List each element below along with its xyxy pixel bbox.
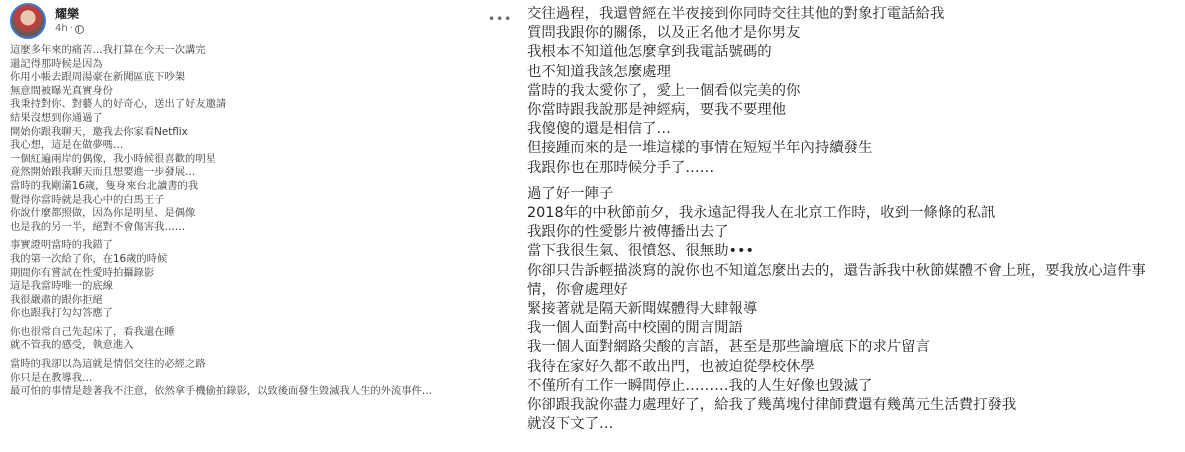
text-line: 我一個人面對網路尖酸的言語，甚至是那些論壇底下的求片留言 [527, 338, 1185, 357]
paragraph: 這麼多年來的痛苦…我打算在今天一次講完 還記得那時候是因為 你用小帳去跟周湯豪在… [10, 44, 510, 234]
text-line: 你說什麼都照做，因為你是明星、是偶像 [10, 207, 510, 221]
text-line: 不僅所有工作一瞬間停止………我的人生好像也毀滅了 [527, 377, 1185, 396]
text-line: 結果沒想到你通過了 [10, 112, 510, 126]
text-line: 緊接著就是隔天新聞媒體得大肆報導 [527, 300, 1185, 319]
facebook-post-screenshot: 耀樂 4h · ••• 這麼多年來的痛苦…我打算在今天一次講完 還記得那時候是因… [0, 0, 520, 452]
post-header: 耀樂 4h · [10, 3, 84, 39]
text-line: 最可怕的事情是趁著我不注意，依然拿手機偷拍錄影，以致後面發生毀滅我人生的外流事件… [10, 385, 510, 399]
post-meta: 4h · [55, 22, 84, 36]
text-line: 你也跟我打勾勾答應了 [10, 307, 510, 321]
text-line: 竟然開始跟我聊天而且想要進一步發展… [10, 166, 510, 180]
text-line: 覺得你當時就是我心中的白馬王子 [10, 194, 510, 208]
text-line: 質問我跟你的關係，以及正名他才是你男友 [527, 24, 1185, 43]
text-line: 你用小帳去跟周湯豪在新聞區底下吵架 [10, 71, 510, 85]
text-line: 我根本不知道他怎麼拿到我電話號碼的 [527, 43, 1185, 62]
text-line: 這麼多年來的痛苦…我打算在今天一次講完 [10, 44, 510, 58]
text-line: 我秉持對你、對藝人的好奇心，送出了好友邀請 [10, 98, 510, 112]
paragraph: 交往過程，我還曾經在半夜接到你同時交往其他的對象打電話給我 質問我跟你的關係，以… [527, 5, 1185, 178]
text-line: 我心想，這是在做夢嗎… [10, 139, 510, 153]
text-line: 我的第一次給了你，在16歲的時候 [10, 253, 510, 267]
text-line: 一個紅遍兩岸的偶像，我小時候很喜歡的明星 [10, 153, 510, 167]
text-line: 我跟你的性愛影片被傳播出去了 [527, 223, 1185, 242]
more-options-button[interactable]: ••• [488, 12, 512, 26]
post-body-left: 這麼多年來的痛苦…我打算在今天一次講完 還記得那時候是因為 你用小帳去跟周湯豪在… [10, 44, 510, 404]
text-line: 我傻傻的還是相信了… [527, 120, 1185, 139]
text-line: 事實證明當時的我錯了 [10, 239, 510, 253]
paragraph: 你也很常自己先起床了，看我還在睡 就不管我的感受，執意進入 [10, 326, 510, 353]
text-line: 交往過程，我還曾經在半夜接到你同時交往其他的對象打電話給我 [527, 5, 1185, 24]
paragraph: 當時的我卻以為這就是情侶交往的必經之路 你只是在教導我… 最可怕的事情是趁著我不… [10, 358, 510, 399]
text-line: 還記得那時候是因為 [10, 58, 510, 72]
post-time[interactable]: 4h [55, 22, 68, 36]
text-line: 情，你會處理好 [527, 281, 1185, 300]
text-line: 這是我當時唯一的底線 [10, 280, 510, 294]
meta-separator: · [70, 22, 73, 36]
text-line: 我很嚴肅的跟你拒絕 [10, 294, 510, 308]
text-line: 當時的我卻以為這就是情侶交往的必經之路 [10, 358, 510, 372]
text-line: 我一個人面對高中校園的閒言閒語 [527, 319, 1185, 338]
text-line: 你也很常自己先起床了，看我還在睡 [10, 326, 510, 340]
text-line: 也不知道我該怎麼處理 [527, 63, 1185, 82]
text-line: 就不管我的感受，執意進入 [10, 339, 510, 353]
text-line: 當時的我太愛你了，愛上一個看似完美的你 [527, 82, 1185, 101]
text-line: 2018年的中秋節前夕，我永遠記得我人在北京工作時，收到一條條的私訊 [527, 204, 1185, 223]
post-text-continued: 交往過程，我還曾經在半夜接到你同時交往其他的對象打電話給我 質問我跟你的關係，以… [527, 0, 1185, 434]
text-line: 你卻只告訴輕描淡寫的說你也不知道怎麼出去的，還告訴我中秋節媒體不會上班，要我放心… [527, 262, 1185, 281]
text-line: 也是我的另一半，絕對不會傷害我…… [10, 221, 510, 235]
text-line: 開始你跟我聊天，邀我去你家看Netflix [10, 126, 510, 140]
text-line: 當下我很生氣、很憤怒、很無助••• [527, 242, 1185, 261]
post-body-right: 交往過程，我還曾經在半夜接到你同時交往其他的對象打電話給我 質問我跟你的關係，以… [527, 0, 1185, 452]
text-line: 我待在家好久都不敢出門，也被迫從學校休學 [527, 358, 1185, 377]
text-line: 過了好一陣子 [527, 185, 1185, 204]
text-line: 無意間被曝光真實身份 [10, 85, 510, 99]
text-line: 我跟你也在那時候分手了…… [527, 159, 1185, 178]
paragraph: 事實證明當時的我錯了 我的第一次給了你，在16歲的時候 期間你有嘗試在性愛時拍攝… [10, 239, 510, 321]
avatar[interactable] [10, 3, 46, 39]
globe-icon [75, 25, 84, 34]
text-line: 期間你有嘗試在性愛時拍攝錄影 [10, 267, 510, 281]
text-line: 但接踵而來的是一堆這樣的事情在短短半年內持續發生 [527, 139, 1185, 158]
paragraph: 過了好一陣子 2018年的中秋節前夕，我永遠記得我人在北京工作時，收到一條條的私… [527, 185, 1185, 435]
text-line: 你只是在教導我… [10, 372, 510, 386]
author-block: 耀樂 4h · [55, 6, 84, 36]
text-line: 你當時跟我說那是神經病，要我不要理他 [527, 101, 1185, 120]
text-line: 你卻跟我說你盡力處理好了，給我了幾萬塊付律師費還有幾萬元生活費打發我 [527, 396, 1185, 415]
text-line: 當時的我剛滿16歲，隻身來台北讀書的我 [10, 180, 510, 194]
text-line: 就沒下文了… [527, 415, 1185, 434]
author-name[interactable]: 耀樂 [55, 6, 84, 22]
